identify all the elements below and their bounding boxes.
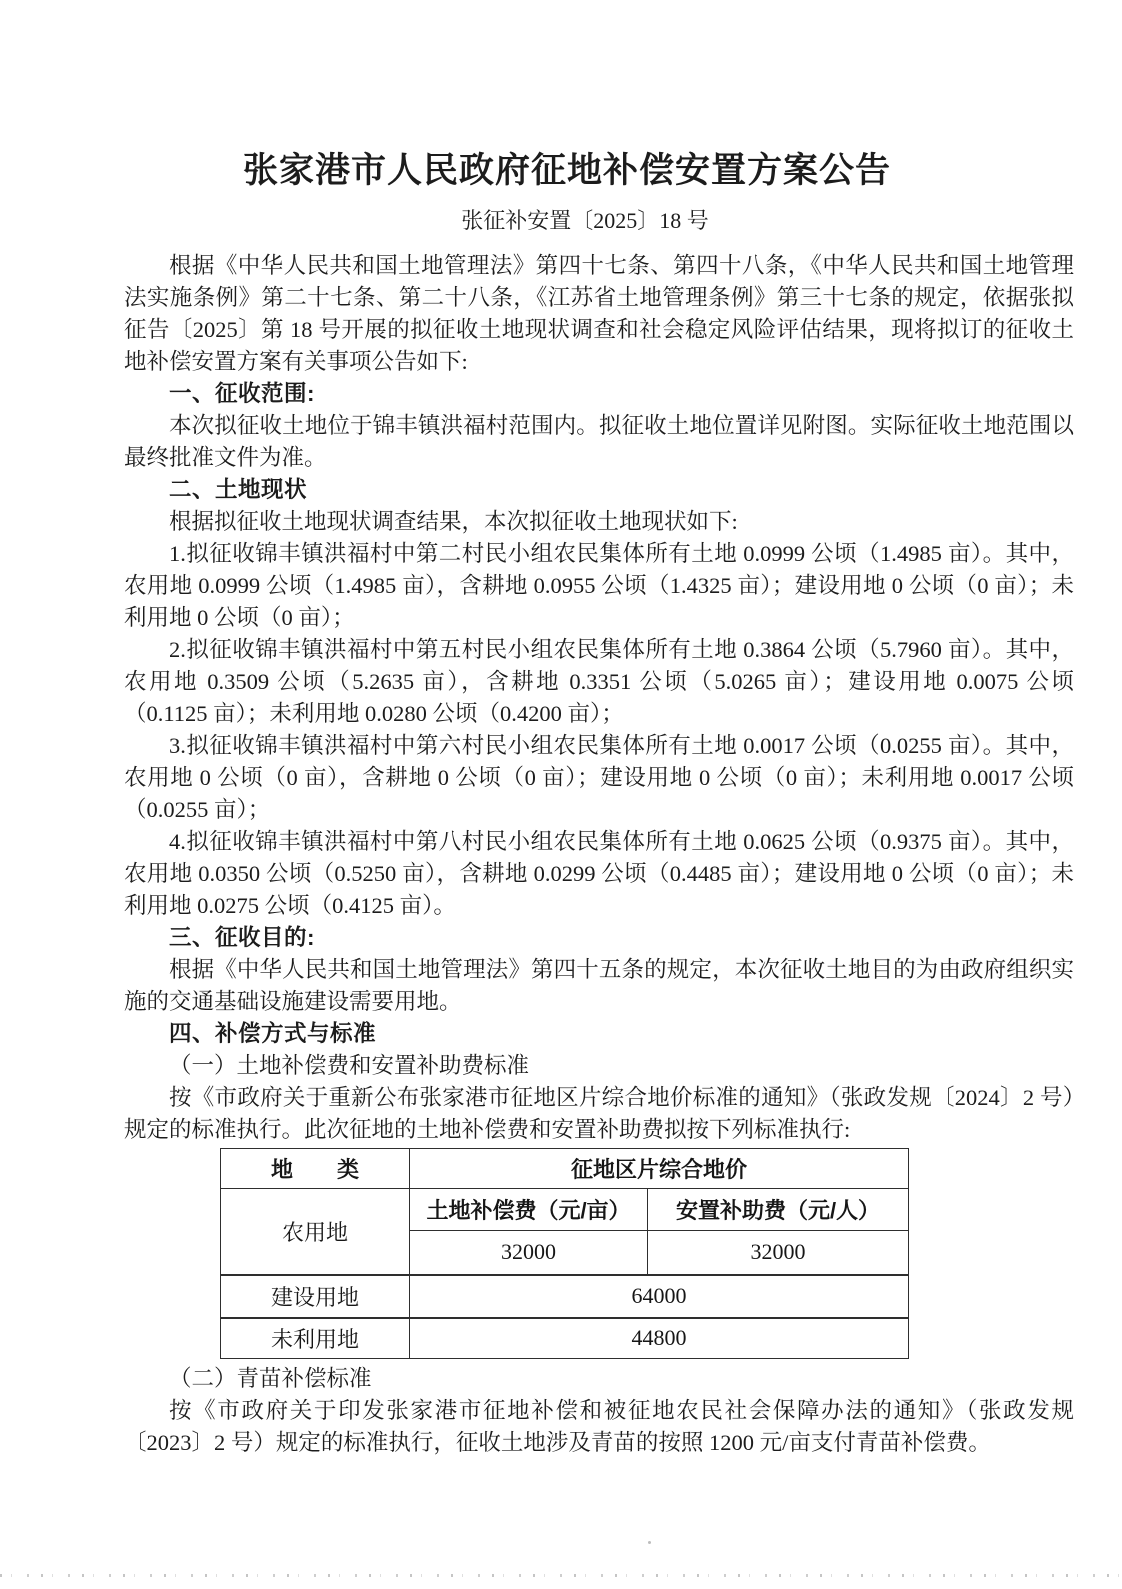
table-cell-unused-value: 44800	[410, 1318, 909, 1359]
section-3-heading: 三、征收目的:	[124, 922, 1074, 954]
intro-paragraph: 根据《中华人民共和国土地管理法》第四十七条、第四十八条，《中华人民共和国土地管理…	[124, 250, 1074, 378]
table-cell-construction-label: 建设用地	[221, 1275, 410, 1318]
scan-speck-artifact	[648, 1541, 651, 1544]
section-1-heading: 一、征收范围:	[124, 378, 1074, 410]
land-status-item-2: 2.拟征收锦丰镇洪福村中第五村民小组农民集体所有土地 0.3864 公顷（5.7…	[124, 634, 1074, 730]
land-status-item-4: 4.拟征收锦丰镇洪福村中第八村民小组农民集体所有土地 0.0625 公顷（0.9…	[124, 826, 1074, 922]
table-cell-agricultural-resettlement: 32000	[648, 1231, 909, 1275]
document-page: 张家港市人民政府征地补偿安置方案公告 张征补安置〔2025〕18 号 根据《中华…	[0, 0, 1122, 1589]
section-4-sub1-heading: （一）土地补偿费和安置补助费标准	[124, 1050, 1074, 1082]
table-row: 建设用地 64000	[221, 1275, 909, 1318]
section-4-sub1-body: 按《市政府关于重新公布张家港市征地区片综合地价标准的通知》（张政发规〔2024〕…	[124, 1082, 1074, 1146]
scan-edge-artifact	[0, 1574, 1122, 1577]
table-cell-unused-label: 未利用地	[221, 1318, 410, 1359]
land-status-item-1: 1.拟征收锦丰镇洪福村中第二村民小组农民集体所有土地 0.0999 公顷（1.4…	[124, 538, 1074, 634]
table-row: 地 类 征地区片综合地价	[221, 1149, 909, 1189]
land-status-item-3: 3.拟征收锦丰镇洪福村中第六村民小组农民集体所有土地 0.0017 公顷（0.0…	[124, 730, 1074, 826]
table-header-price: 征地区片综合地价	[410, 1149, 909, 1189]
section-3-body: 根据《中华人民共和国土地管理法》第四十五条的规定，本次征收土地目的为由政府组织实…	[124, 954, 1074, 1018]
section-1-body: 本次拟征收土地位于锦丰镇洪福村范围内。拟征收土地位置详见附图。实际征收土地范围以…	[124, 410, 1074, 474]
table-cell-construction-value: 64000	[410, 1275, 909, 1318]
table-header-resettlement-subsidy: 安置补助费（元/人）	[648, 1189, 909, 1231]
compensation-standard-table: 地 类 征地区片综合地价 农用地 土地补偿费（元/亩） 安置补助费（元/人） 3…	[220, 1148, 909, 1359]
table-row: 农用地 土地补偿费（元/亩） 安置补助费（元/人）	[221, 1189, 909, 1231]
section-4-heading: 四、补偿方式与标准	[124, 1018, 1074, 1050]
section-2-intro: 根据拟征收土地现状调查结果，本次拟征收土地现状如下:	[124, 506, 1074, 538]
section-2-heading: 二、土地现状	[124, 474, 1074, 506]
table-cell-agricultural-compensation: 32000	[410, 1231, 648, 1275]
document-number: 张征补安置〔2025〕18 号	[110, 206, 1060, 236]
table-row: 未利用地 44800	[221, 1318, 909, 1359]
table-header-land-type: 地 类	[221, 1149, 410, 1189]
table-header-land-compensation: 土地补偿费（元/亩）	[410, 1189, 648, 1231]
section-4-sub2-body: 按《市政府关于印发张家港市征地补偿和被征地农民社会保障办法的通知》（张政发规〔2…	[124, 1395, 1074, 1459]
table-cell-agricultural-label: 农用地	[221, 1189, 410, 1275]
document-title: 张家港市人民政府征地补偿安置方案公告	[92, 148, 1042, 194]
document-content: 张家港市人民政府征地补偿安置方案公告 张征补安置〔2025〕18 号 根据《中华…	[124, 148, 1074, 1459]
section-4-sub2-heading: （二）青苗补偿标准	[124, 1363, 1074, 1395]
